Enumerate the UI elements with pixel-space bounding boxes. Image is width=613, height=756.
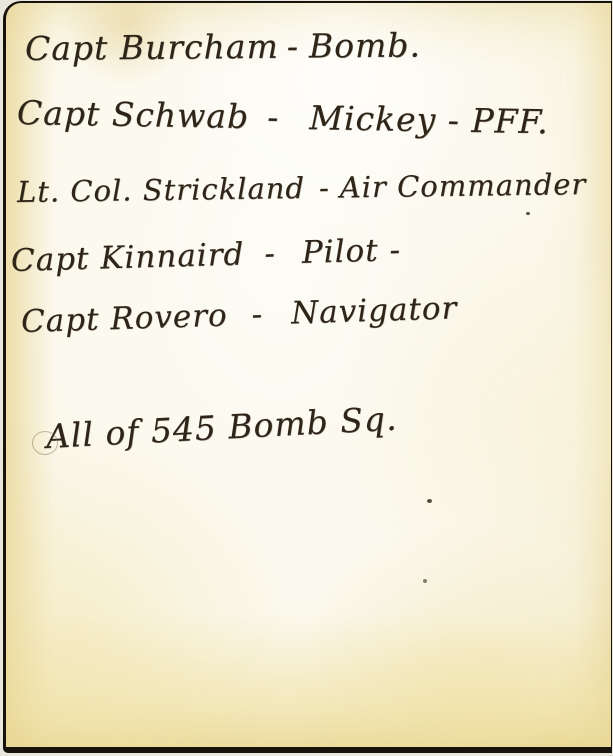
separator-dash: - bbox=[264, 236, 276, 272]
crew-entry: Capt Rovero-Navigator bbox=[20, 290, 457, 340]
separator-dash: - bbox=[287, 27, 299, 66]
separator-dash: - bbox=[319, 171, 330, 205]
crew-role: Mickey - PFF. bbox=[309, 98, 549, 141]
ink-speck bbox=[427, 499, 432, 503]
crew-name: Lt. Col. Strickland bbox=[17, 171, 305, 209]
separator-dash: - bbox=[267, 97, 280, 136]
ring-stain bbox=[32, 431, 58, 455]
crew-name: Capt Schwab bbox=[17, 93, 250, 136]
crew-entry: Capt Schwab-Mickey - PFF. bbox=[17, 93, 549, 141]
crew-role: Pilot - bbox=[301, 232, 401, 271]
crew-name: Capt Rovero bbox=[20, 298, 228, 340]
note-paper: Capt Burcham-Bomb. Capt Schwab-Mickey - … bbox=[3, 1, 612, 753]
footer-line: All of 545 Bomb Sq. bbox=[45, 399, 398, 456]
crew-name: Capt Burcham bbox=[25, 27, 279, 68]
crew-role: Bomb. bbox=[309, 26, 421, 66]
crew-role: Navigator bbox=[290, 290, 457, 331]
crew-name: Capt Kinnaird bbox=[10, 236, 244, 279]
separator-dash: - bbox=[251, 296, 264, 332]
ink-speck bbox=[526, 212, 530, 215]
crew-role: Air Commander bbox=[340, 167, 587, 204]
crew-entry: Capt Kinnaird-Pilot - bbox=[10, 232, 401, 279]
crew-entry: Lt. Col. Strickland-Air Commander bbox=[17, 167, 587, 209]
ink-speck bbox=[423, 579, 427, 583]
scanned-note-photo: Capt Burcham-Bomb. Capt Schwab-Mickey - … bbox=[0, 0, 613, 756]
crew-entry: Capt Burcham-Bomb. bbox=[25, 26, 421, 68]
